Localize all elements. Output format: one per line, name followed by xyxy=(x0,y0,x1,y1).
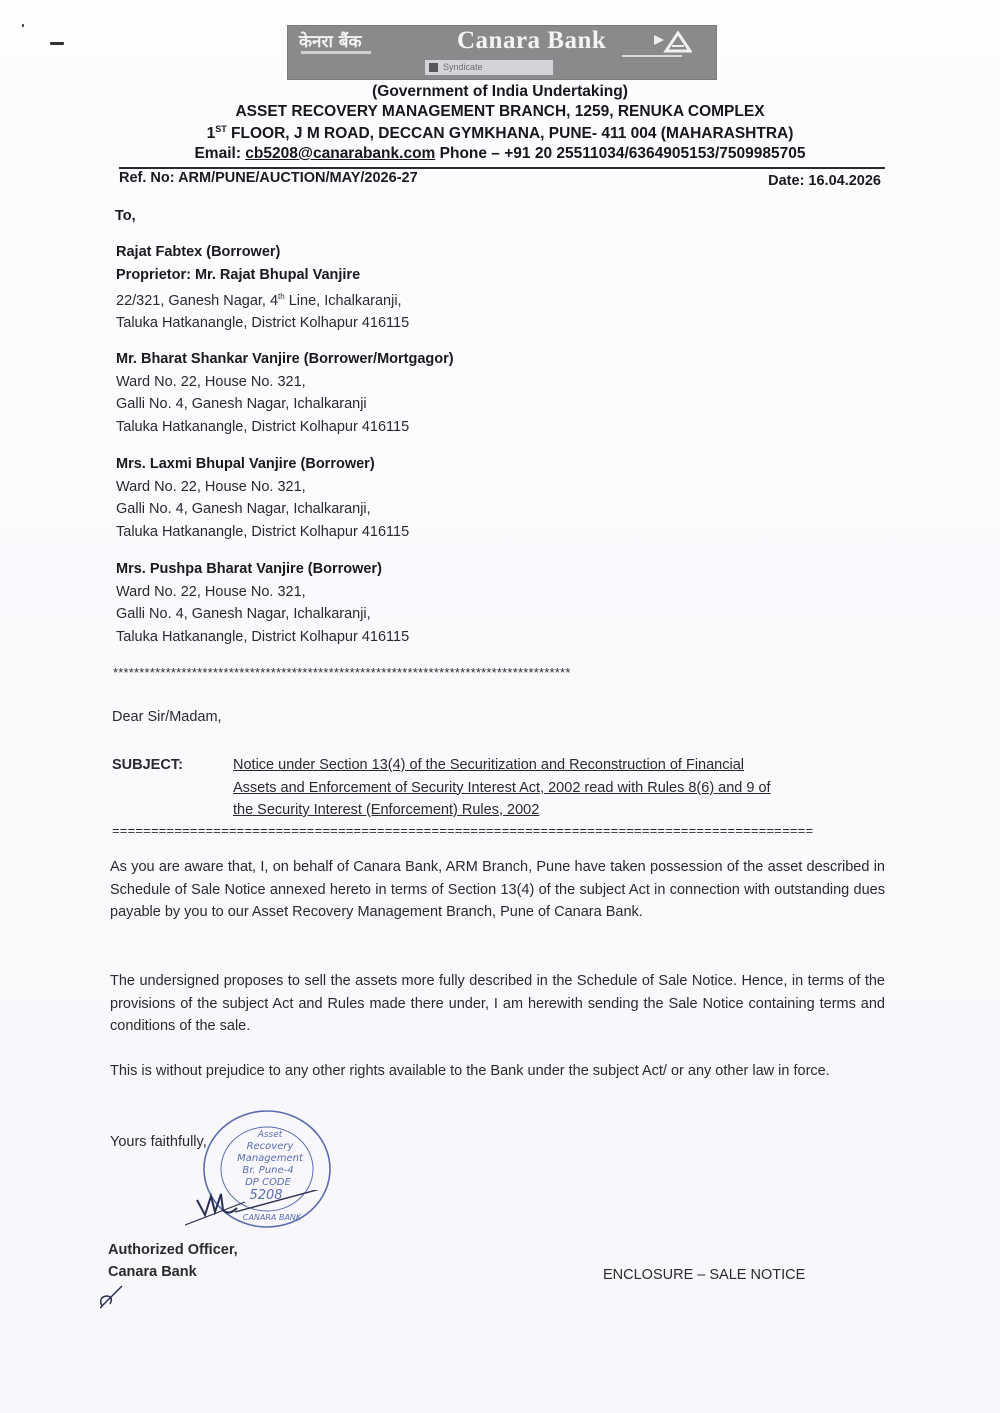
recipient-block: Mrs. Pushpa Bharat Vanjire (Borrower) Wa… xyxy=(116,558,409,648)
recipient-name: Mrs. Laxmi Bhupal Vanjire (Borrower) xyxy=(116,453,409,476)
initial-mark-icon xyxy=(96,1284,126,1312)
recipient-block: Rajat Fabtex (Borrower) Proprietor: Mr. … xyxy=(116,241,409,335)
scan-speck xyxy=(22,24,24,27)
subject-text: Notice under Section 13(4) of the Securi… xyxy=(233,754,883,822)
branch-address: 1ST FLOOR, J M ROAD, DECCAN GYMKHANA, PU… xyxy=(100,124,900,143)
recipient-address-line: Galli No. 4, Ganesh Nagar, Ichalkaranji, xyxy=(116,603,409,626)
signatory-org: Canara Bank xyxy=(108,1261,197,1284)
email-link[interactable]: cb5208@canarabank.com xyxy=(245,145,435,162)
recipient-address-line: Taluka Hatkanangle, District Kolhapur 41… xyxy=(116,626,409,649)
branch-stamp-icon: Asset Recovery Management Br. Pune-4 DP … xyxy=(200,1107,335,1232)
svg-text:Recovery: Recovery xyxy=(247,1141,295,1152)
header-divider xyxy=(119,167,885,169)
star-separator: ****************************************… xyxy=(113,662,571,685)
scan-speck xyxy=(50,42,64,45)
svg-text:Br. Pune-4: Br. Pune-4 xyxy=(242,1165,293,1176)
recipient-address-line: Ward No. 22, House No. 321, xyxy=(116,581,409,604)
recipient-name: Mrs. Pushpa Bharat Vanjire (Borrower) xyxy=(116,558,409,581)
recipient-address-line: Ward No. 22, House No. 321, xyxy=(116,371,454,394)
logo-hindi-tagline xyxy=(301,51,371,54)
recipient-address-line: 22/321, Ganesh Nagar, 4th Line, Ichalkar… xyxy=(116,286,409,312)
recipient-address-line: Taluka Hatkanangle, District Kolhapur 41… xyxy=(116,416,454,439)
recipient-name: Mr. Bharat Shankar Vanjire (Borrower/Mor… xyxy=(116,348,454,371)
reference-number: Ref. No: ARM/PUNE/AUCTION/MAY/2026-27 xyxy=(119,170,418,186)
syndicate-badge: Syndicate xyxy=(425,60,553,75)
svg-text:Management: Management xyxy=(237,1153,304,1164)
svg-text:CANARA BANK: CANARA BANK xyxy=(243,1213,302,1222)
recipient-block: Mrs. Laxmi Bhupal Vanjire (Borrower) War… xyxy=(116,453,409,543)
recipient-address-line: Galli No. 4, Ganesh Nagar, Ichalkaranji, xyxy=(116,498,409,521)
body-paragraph: The undersigned proposes to sell the ass… xyxy=(110,970,885,1038)
logo-english-tagline xyxy=(622,55,682,57)
to-label: To, xyxy=(115,205,136,228)
signatory-title: Authorized Officer, xyxy=(108,1239,238,1262)
recipient-address-line: Ward No. 22, House No. 321, xyxy=(116,476,409,499)
canara-bank-logo: केनरा बैंक Canara Bank Syndicate xyxy=(287,25,717,80)
logo-english-text: Canara Bank xyxy=(457,27,606,55)
body-paragraph: As you are aware that, I, on behalf of C… xyxy=(110,856,885,924)
closing: Yours faithfully, xyxy=(110,1131,207,1154)
recipient-address-line: Galli No. 4, Ganesh Nagar, Ichalkaranji xyxy=(116,393,454,416)
body-paragraph: This is without prejudice to any other r… xyxy=(110,1060,885,1083)
canara-triangle-emblem-icon xyxy=(652,31,692,53)
enclosure-note: ENCLOSURE – SALE NOTICE xyxy=(603,1264,805,1287)
letter-date: Date: 16.04.2026 xyxy=(768,173,881,189)
contact-line: Email: cb5208@canarabank.com Phone – +91… xyxy=(100,145,900,163)
greeting: Dear Sir/Madam, xyxy=(112,706,222,729)
branch-name: ASSET RECOVERY MANAGEMENT BRANCH, 1259, … xyxy=(100,103,900,121)
recipient-block: Mr. Bharat Shankar Vanjire (Borrower/Mor… xyxy=(116,348,454,438)
svg-text:Asset: Asset xyxy=(257,1130,283,1140)
logo-hindi-text: केनरा बैंक xyxy=(299,29,362,52)
recipient-name: Rajat Fabtex (Borrower) xyxy=(116,241,409,264)
scanned-letter-page: केनरा बैंक Canara Bank Syndicate (Govern… xyxy=(0,0,1000,1413)
equals-separator: ========================================… xyxy=(112,820,813,843)
svg-text:DP CODE: DP CODE xyxy=(245,1177,291,1188)
recipient-proprietor: Proprietor: Mr. Rajat Bhupal Vanjire xyxy=(116,264,409,287)
svg-text:5208: 5208 xyxy=(249,1188,282,1203)
subject-label: SUBJECT: xyxy=(112,754,183,777)
government-undertaking: (Government of India Undertaking) xyxy=(100,83,900,101)
recipient-address-line: Taluka Hatkanangle, District Kolhapur 41… xyxy=(116,312,409,335)
recipient-address-line: Taluka Hatkanangle, District Kolhapur 41… xyxy=(116,521,409,544)
